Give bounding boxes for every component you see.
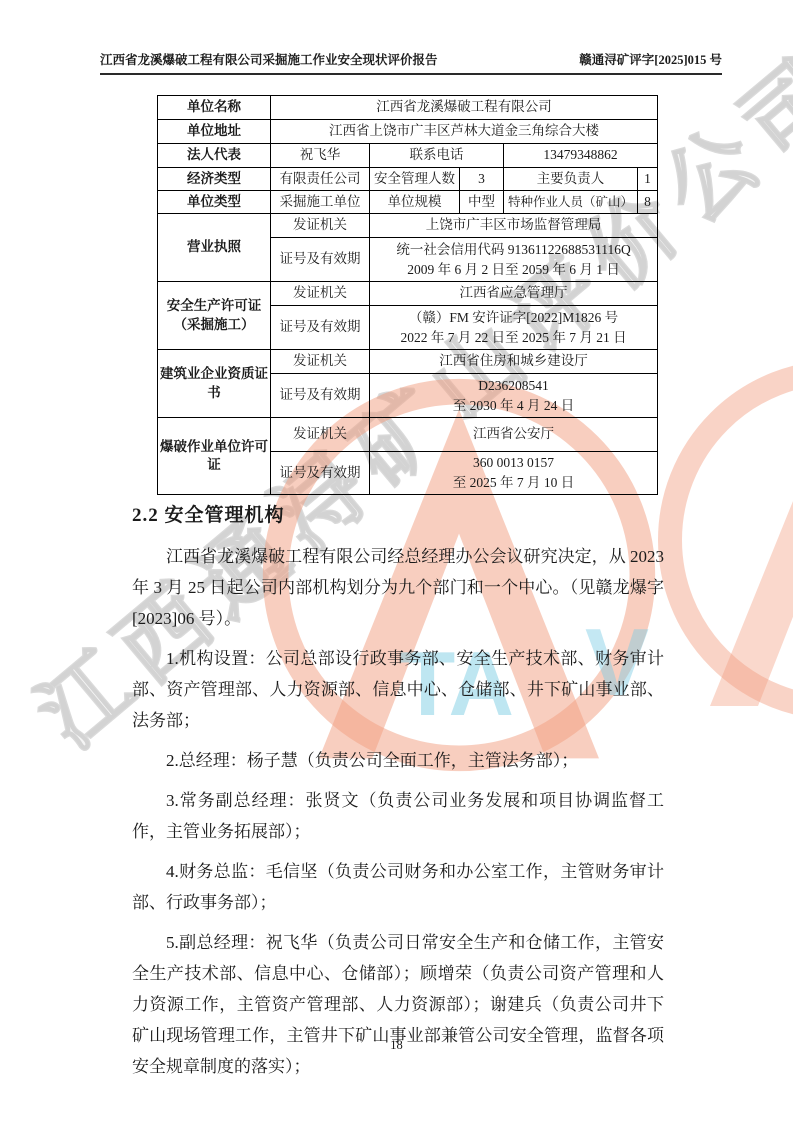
table-row: 安全生产许可证（采掘施工） 发证机关 江西省应急管理厅 — [158, 282, 658, 306]
cell-value: 统一社会信用代码 91361122688531116Q 2009 年 6 月 2… — [370, 238, 658, 282]
paragraph: 4.财务总监：毛信坚（负责公司财务和办公室工作，主管财务审计部、行政事务部）； — [132, 856, 664, 918]
paragraph: 江西省龙溪爆破工程有限公司经总经理办公会议研究决定，从 2023 年 3 月 2… — [132, 541, 664, 634]
cell-value: 8 — [638, 191, 658, 214]
cell-label: 单位名称 — [158, 96, 271, 120]
header-document-number: 赣通浔矿评字[2025]015 号 — [579, 50, 722, 68]
cert-validity-line: 至 2030 年 4 月 24 日 — [372, 396, 655, 416]
table-row: 单位地址 江西省上饶市广丰区芦林大道金三角综合大楼 — [158, 120, 658, 144]
table-row: 营业执照 发证机关 上饶市广丰区市场监督管理局 — [158, 214, 658, 238]
cell-label: 法人代表 — [158, 144, 271, 168]
cell-value: 江西省上饶市广丰区芦林大道金三角综合大楼 — [271, 120, 658, 144]
cell-label: 单位规模 — [370, 191, 460, 214]
cell-label: 联系电话 — [370, 144, 504, 168]
table-row: 建筑业企业资质证书 发证机关 江西省住房和城乡建设厅 — [158, 350, 658, 374]
cell-value: 中型 — [460, 191, 504, 214]
cell-value: 江西省住房和城乡建设厅 — [370, 350, 658, 374]
cell-value: 13479348862 — [504, 144, 658, 168]
cert-validity-line: 至 2025 年 7 月 10 日 — [372, 473, 655, 493]
cell-value: 祝飞华 — [271, 144, 370, 168]
page-number: 18 — [0, 1038, 793, 1053]
cert-number-line: D236208541 — [372, 376, 655, 396]
table-row: 经济类型 有限责任公司 安全管理人数 3 主要负责人 1 — [158, 168, 658, 191]
section-body: 江西省龙溪爆破工程有限公司经总经理办公会议研究决定，从 2023 年 3 月 2… — [132, 532, 664, 1091]
cell-value: 江西省龙溪爆破工程有限公司 — [271, 96, 658, 120]
header-report-title: 江西省龙溪爆破工程有限公司采掘施工作业安全现状评价报告 — [100, 50, 438, 68]
cell-value: 360 0013 0157 至 2025 年 7 月 10 日 — [370, 452, 658, 495]
cell-label: 营业执照 — [158, 214, 271, 282]
cell-value: 3 — [460, 168, 504, 191]
table-row: 单位名称 江西省龙溪爆破工程有限公司 — [158, 96, 658, 120]
table-row: 爆破作业单位许可证 发证机关 江西省公安厅 — [158, 418, 658, 452]
cell-label: 安全管理人数 — [370, 168, 460, 191]
cell-value: 江西省公安厅 — [370, 418, 658, 452]
content-layer: 江西省龙溪爆破工程有限公司采掘施工作业安全现状评价报告 赣通浔矿评字[2025]… — [0, 0, 793, 1122]
cert-number-line: （赣）FM 安许证字[2022]M1826 号 — [372, 308, 655, 328]
cell-value: （赣）FM 安许证字[2022]M1826 号 2022 年 7 月 22 日至… — [370, 306, 658, 350]
cell-label: 经济类型 — [158, 168, 271, 191]
cert-number-line: 360 0013 0157 — [372, 453, 655, 473]
table-row: 法人代表 祝飞华 联系电话 13479348862 — [158, 144, 658, 168]
cell-value: D236208541 至 2030 年 4 月 24 日 — [370, 374, 658, 418]
page-header: 江西省龙溪爆破工程有限公司采掘施工作业安全现状评价报告 赣通浔矿评字[2025]… — [100, 50, 722, 75]
cell-sublabel: 发证机关 — [271, 418, 370, 452]
cell-value: 江西省应急管理厅 — [370, 282, 658, 306]
cell-value: 1 — [638, 168, 658, 191]
paragraph: 1.机构设置：公司总部设行政事务部、安全生产技术部、财务审计部、资产管理部、人力… — [132, 643, 664, 736]
cell-label: 爆破作业单位许可证 — [158, 418, 271, 495]
cell-label: 单位类型 — [158, 191, 271, 214]
cell-sublabel: 发证机关 — [271, 282, 370, 306]
cell-sublabel: 证号及有效期 — [271, 452, 370, 495]
paragraph: 5.副总经理：祝飞华（负责公司日常安全生产和仓储工作，主管安全生产技术部、信息中… — [132, 927, 664, 1082]
cert-validity-line: 2009 年 6 月 2 日至 2059 年 6 月 1 日 — [372, 260, 655, 280]
section-heading: 2.2 安全管理机构 — [132, 500, 285, 527]
cell-label: 特种作业人员（矿山） — [504, 191, 638, 214]
cell-sublabel: 证号及有效期 — [271, 374, 370, 418]
paragraph: 3.常务副总经理：张贤文（负责公司业务发展和项目协调监督工作，主管业务拓展部）； — [132, 785, 664, 847]
cell-sublabel: 证号及有效期 — [271, 306, 370, 350]
cell-sublabel: 证号及有效期 — [271, 238, 370, 282]
cell-sublabel: 发证机关 — [271, 214, 370, 238]
cert-validity-line: 2022 年 7 月 22 日至 2025 年 7 月 21 日 — [372, 328, 655, 348]
paragraph: 2.总经理：杨子慧（负责公司全面工作，主管法务部）； — [132, 745, 664, 776]
table-row: 单位类型 采掘施工单位 单位规模 中型 特种作业人员（矿山） 8 — [158, 191, 658, 214]
document-page: 江西通浔矿山评价公司 TA V 江西省龙溪爆破工程有限公司采掘施工作业安全现状评… — [0, 0, 793, 1122]
cell-value: 采掘施工单位 — [271, 191, 370, 214]
cell-sublabel: 发证机关 — [271, 350, 370, 374]
cell-label: 建筑业企业资质证书 — [158, 350, 271, 418]
cell-label: 单位地址 — [158, 120, 271, 144]
company-info-table: 单位名称 江西省龙溪爆破工程有限公司 单位地址 江西省上饶市广丰区芦林大道金三角… — [157, 95, 658, 495]
cell-value: 有限责任公司 — [271, 168, 370, 191]
cell-label: 安全生产许可证（采掘施工） — [158, 282, 271, 350]
cell-label: 主要负责人 — [504, 168, 638, 191]
cert-number-line: 统一社会信用代码 91361122688531116Q — [372, 240, 655, 260]
cell-value: 上饶市广丰区市场监督管理局 — [370, 214, 658, 238]
